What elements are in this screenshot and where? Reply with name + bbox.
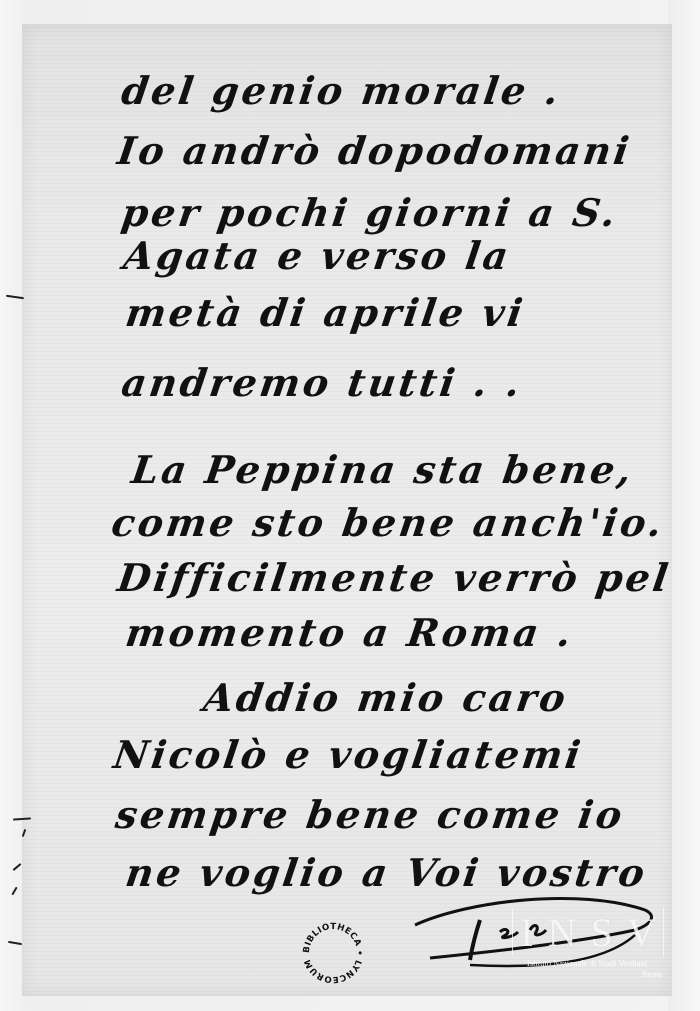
letter-line: andremo tutti . . [119, 360, 526, 405]
letter-line: sempre bene come io [113, 792, 628, 837]
letter-line: Difficilmente verrò pel [115, 555, 674, 600]
letter-line: Addio mio caro [201, 675, 571, 720]
watermark-logo: I N S V [512, 908, 664, 956]
stamp-text: BIBLIOTHECA • LYNCEORUM • [298, 918, 364, 984]
letter-line: La Peppina sta bene, [129, 447, 637, 492]
watermark-location: Parma [512, 970, 662, 979]
watermark-letter: I [520, 909, 533, 956]
institute-watermark: I N S V Istituto Nazionale di Studi Verd… [512, 908, 662, 983]
watermark-letter: S [591, 909, 613, 956]
letter-line: Io andrò dopodomani [115, 128, 635, 173]
watermark-letter: N [548, 909, 577, 956]
letter-line: Agata e verso la [121, 233, 514, 278]
watermark-subtitle: Istituto Nazionale di Studi Verdiani [512, 958, 662, 968]
letter-line: per pochi giorni a S. [119, 190, 622, 235]
letter-line: momento a Roma . [123, 610, 577, 655]
scan-edge [668, 0, 700, 1011]
letter-line: come sto bene anch'io. [109, 500, 668, 545]
letter-line: Nicolò e vogliatemi [111, 732, 586, 777]
letter-line: del genio morale . [119, 68, 564, 113]
watermark-letter: V [627, 909, 656, 956]
letter-line: metà di aprile vi [123, 290, 528, 335]
library-stamp: BIBLIOTHECA • LYNCEORUM • [298, 918, 368, 988]
svg-text:BIBLIOTHECA • LYNCEORUM •: BIBLIOTHECA • LYNCEORUM • [298, 918, 364, 984]
